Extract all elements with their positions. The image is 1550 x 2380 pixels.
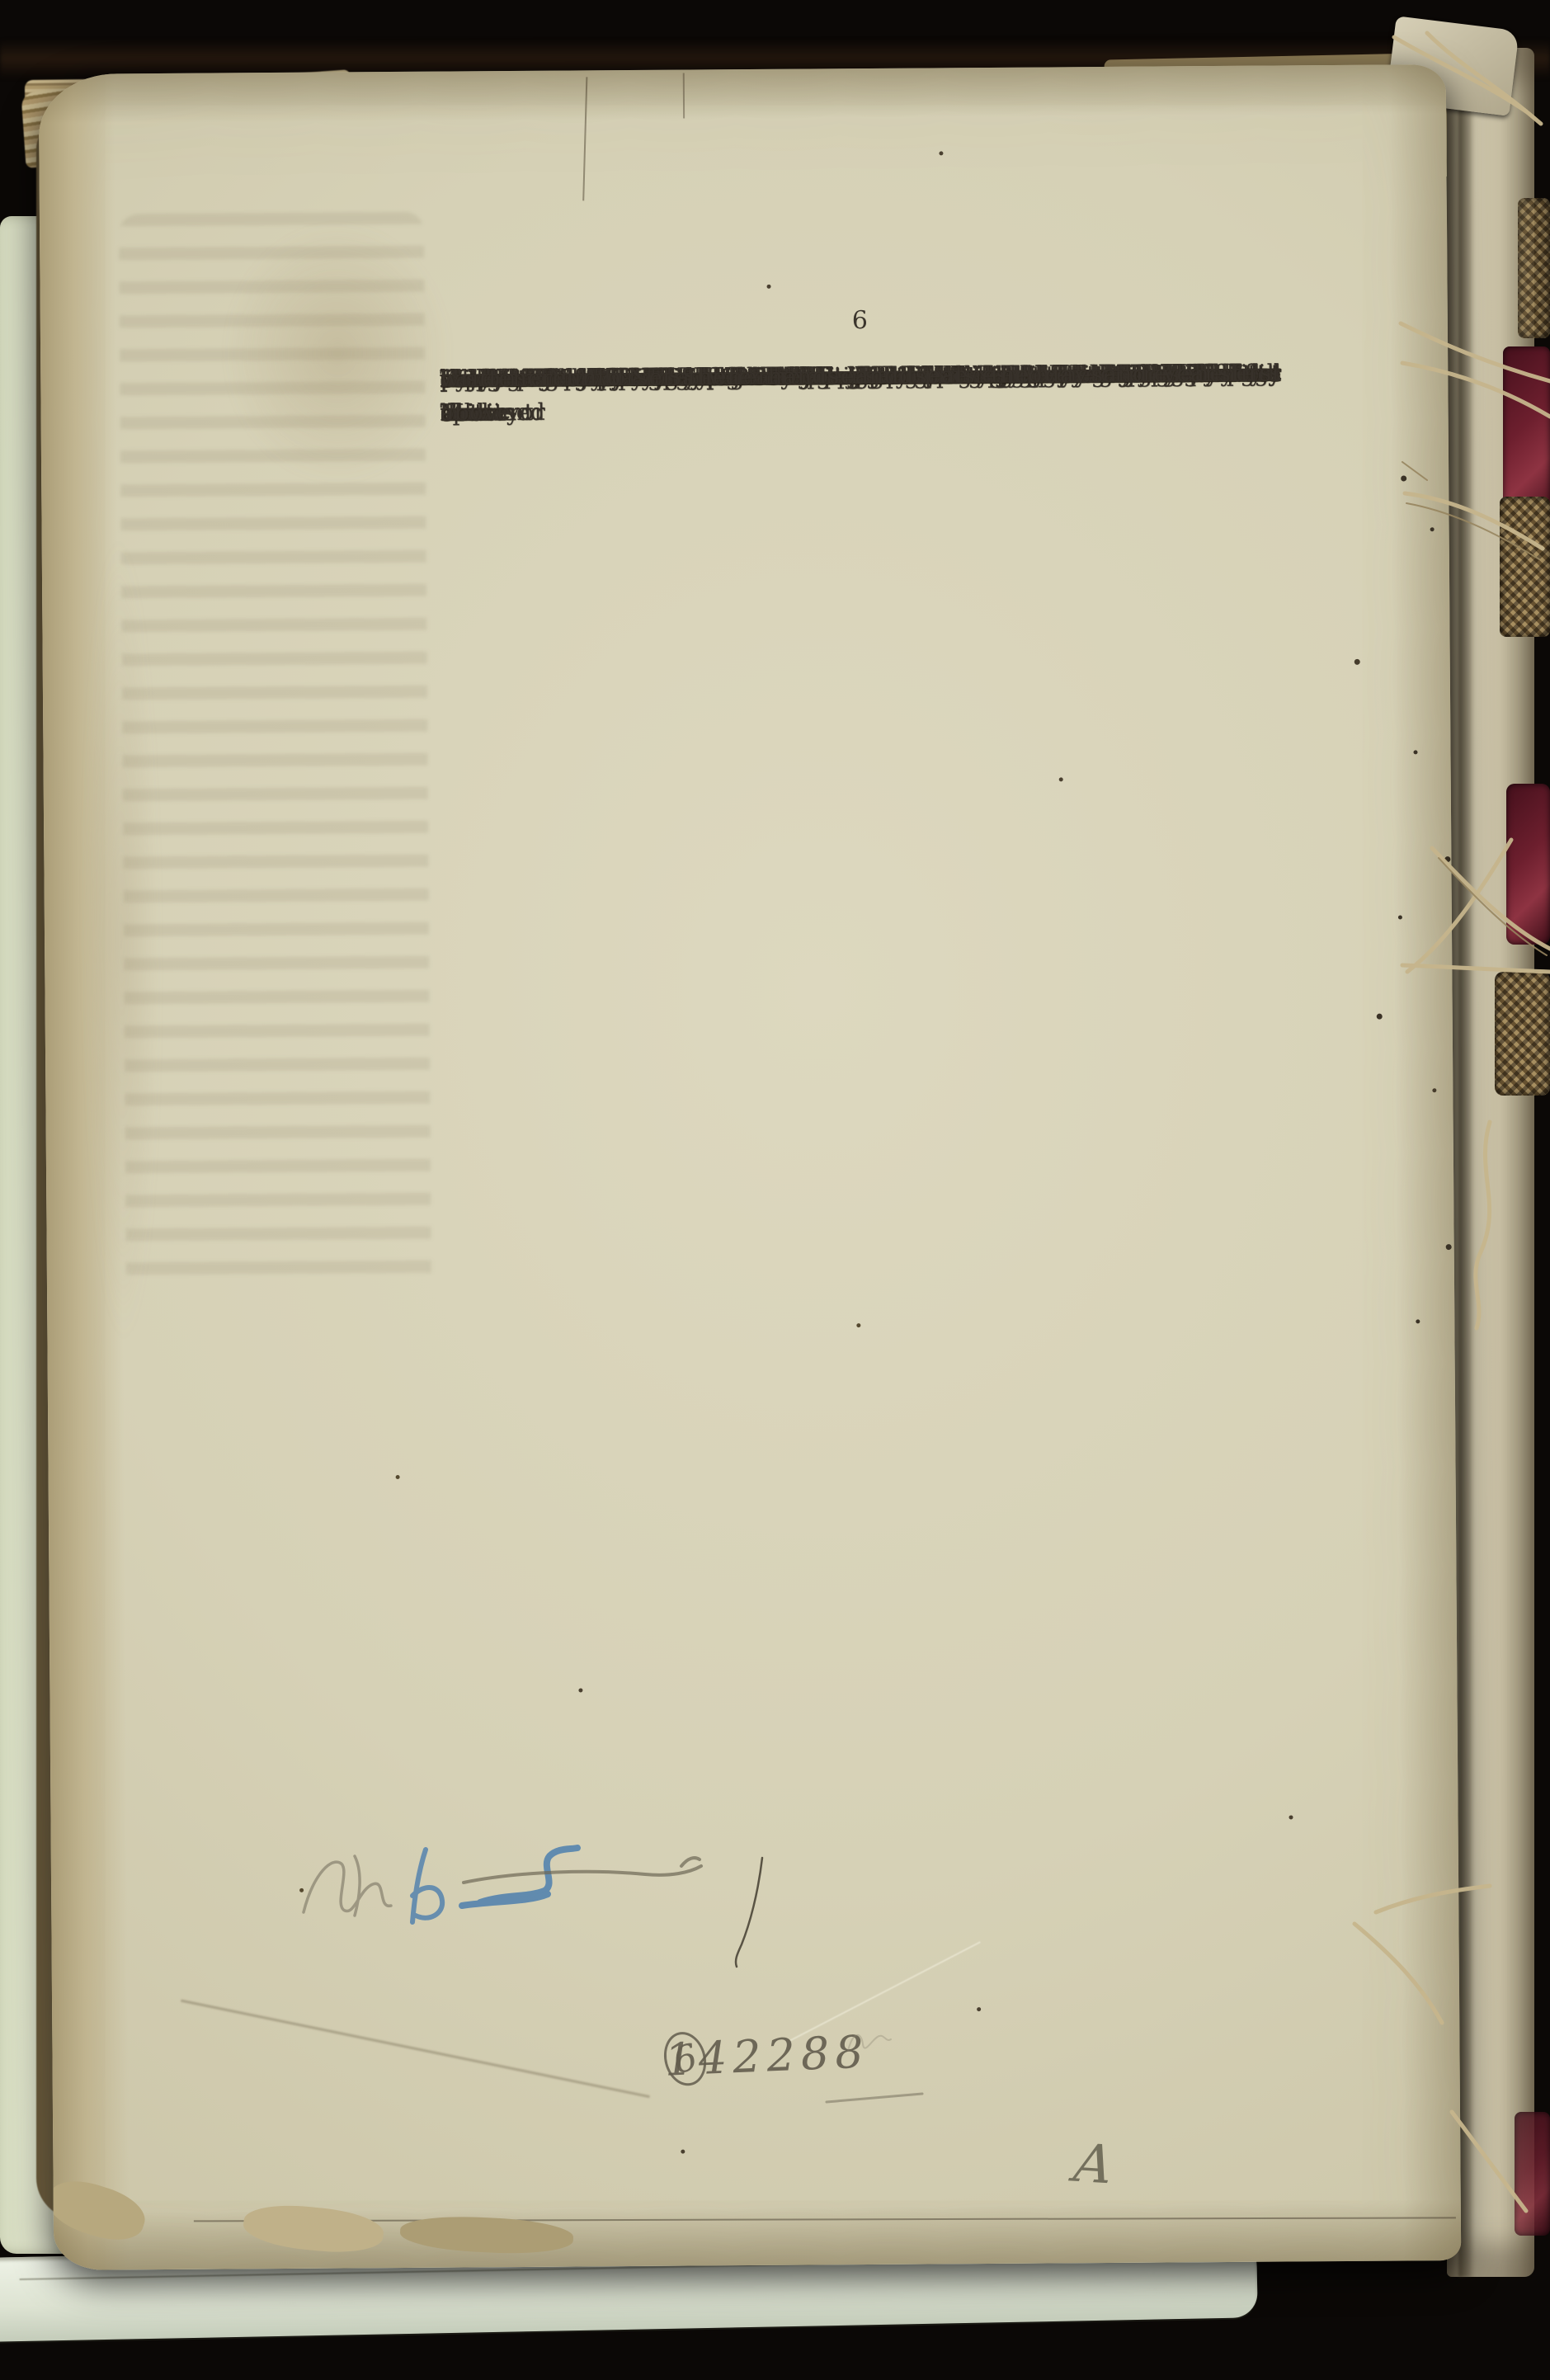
binding-groove-shadow <box>1458 48 1472 2277</box>
document-page: 6 value to be estimated at the lowest cu… <box>39 64 1462 2270</box>
deed-covenant-text: value to be estimated at the lowest curr… <box>440 356 1281 361</box>
paper-stain <box>221 219 454 485</box>
spine-leather-patch <box>1506 784 1550 945</box>
spine-cloth-weave <box>1500 497 1550 637</box>
paper-specks <box>39 74 41 77</box>
paper-tear <box>683 73 685 119</box>
handwritten-letter-a: A <box>1071 2133 1117 2196</box>
text-line: written. <box>440 361 535 396</box>
text-line: have hereunto set there hands and seals … <box>440 356 1282 429</box>
paper-stain <box>82 535 162 1345</box>
folio-number-digits: 142288 <box>663 2025 870 2085</box>
paper-crease <box>181 2000 650 2099</box>
page-shading <box>39 64 1446 124</box>
page-number: 6 <box>440 303 1281 337</box>
spine-cloth-weave <box>1495 972 1550 1096</box>
spine-leather-patch <box>1515 2112 1550 2236</box>
photographed-book-page: 6 value to be estimated at the lowest cu… <box>0 0 1550 2380</box>
spine-cloth-weave <box>1518 198 1550 338</box>
